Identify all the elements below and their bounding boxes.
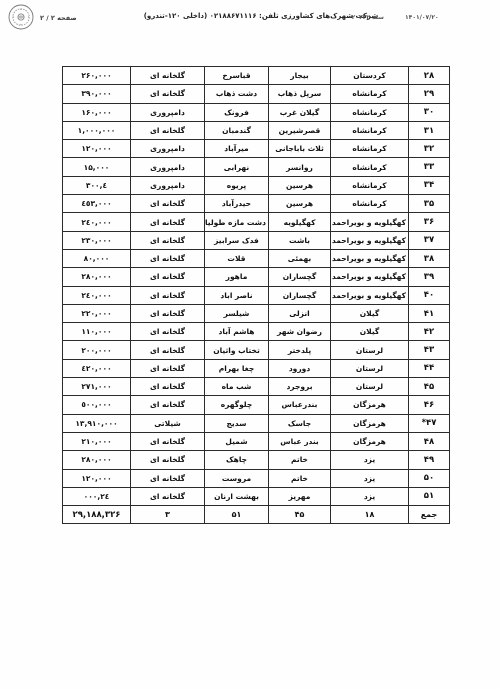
table-row: ۴۰کهگیلویه و بویراحمدگچسارانناصر ابادگلخ… xyxy=(63,286,450,304)
cell-province: کهگیلویه و بویراحمد xyxy=(331,249,409,267)
cell-amount: ٤۲۰,۰۰۰ xyxy=(63,359,131,377)
cell-site: قباسرخ xyxy=(205,67,269,85)
cell-no: ۴۷* xyxy=(409,414,450,432)
cell-type: گلخانه ای xyxy=(131,323,205,341)
cell-amount: ۱,۰۰۰,۰۰۰ xyxy=(63,121,131,139)
cell-city: هرسین xyxy=(269,176,331,194)
cell-province: کهگیلویه و بویراحمد xyxy=(331,231,409,249)
cell-city: خاتم xyxy=(269,451,331,469)
cell-city: بروجرد xyxy=(269,378,331,396)
cell-no: ۳۸ xyxy=(409,249,450,267)
cell-province: یزد xyxy=(331,487,409,505)
cell-type: گلخانه ای xyxy=(131,359,205,377)
cell-amount: ۱۲۰,۰۰۰ xyxy=(63,140,131,158)
cell-amount: ٤,۳۰۰ xyxy=(63,176,131,194)
cell-province: کهگیلویه و بویراحمد xyxy=(331,268,409,286)
cell-no: ۳۱ xyxy=(409,121,450,139)
cell-type: دامپروری xyxy=(131,158,205,176)
cell-city: هرسین xyxy=(269,195,331,213)
cell-type: گلخانه ای xyxy=(131,249,205,267)
table-row: ۴۳لرستانپلدخترتختاب واثیانگلخانه ای۲۰۰,۰… xyxy=(63,341,450,359)
cell-type: گلخانه ای xyxy=(131,268,205,286)
cell-city: خاتم xyxy=(269,469,331,487)
cell-amount: ۲۸۰,۰۰۰ xyxy=(63,268,131,286)
table-row: ۳۳کرمانشاهروانسرنهرابیدامپروری۱۵,۰۰۰ xyxy=(63,158,450,176)
cell-site: هاشم آباد xyxy=(205,323,269,341)
cell-amount: ۲٤۰,۰۰۰ xyxy=(63,213,131,231)
cell-no: ۳۴ xyxy=(409,176,450,194)
table-row: ۴۷*هرمزگانجاسکسدیجشیلاتی۱۳,۹۱۰,۰۰۰ xyxy=(63,414,450,432)
cell-site: حیدرآباد xyxy=(205,195,269,213)
cell-amount: ۸۰,۰۰۰ xyxy=(63,249,131,267)
cell-no: ۴۸ xyxy=(409,432,450,450)
cell-type: گلخانه ای xyxy=(131,85,205,103)
cell-amount: ۲٤,۰۰۰ xyxy=(63,487,131,505)
cell-city: ثلاث باباجانی xyxy=(269,140,331,158)
table-row: ۳۵کرمانشاههرسینحیدرآبادگلخانه ای٤٥۳,۰۰۰ xyxy=(63,195,450,213)
cell-province: کرمانشاه xyxy=(331,85,409,103)
table-row: ۴۴لرستاندورودچغا بهرامگلخانه ای٤۲۰,۰۰۰ xyxy=(63,359,450,377)
cell-province: گیلان xyxy=(331,323,409,341)
cell-site: بهشت ارنان xyxy=(205,487,269,505)
table-row: ۴۶هرمزگانبندرعباسچلوگهرهگلخانه ای٥۰۰,۰۰۰ xyxy=(63,396,450,414)
cell-type: گلخانه ای xyxy=(131,286,205,304)
cell-type: گلخانه ای xyxy=(131,469,205,487)
cell-amount: ۲۰۰,۰۰۰ xyxy=(63,341,131,359)
cell-city: گیلان غرب xyxy=(269,103,331,121)
cell-type: گلخانه ای xyxy=(131,195,205,213)
table-row: ۴۵لرستانبروجردشب ماهگلخانه ای۲۷۱,۰۰۰ xyxy=(63,378,450,396)
cell-site: تختاب واثیان xyxy=(205,341,269,359)
cell-site: شیلسر xyxy=(205,304,269,322)
table-row: ۳۲کرمانشاهثلاث باباجانیمیرآباددامپروری۱۲… xyxy=(63,140,450,158)
cell-city: گچساران xyxy=(269,268,331,286)
table-row: ۲۹کرمانشاهسرپل ذهابدشت ذهابگلخانه ای۳۹۰,… xyxy=(63,85,450,103)
cell-province: کرمانشاه xyxy=(331,158,409,176)
cell-province: لرستان xyxy=(331,359,409,377)
cell-province: لرستان xyxy=(331,341,409,359)
total-cell-no: جمع xyxy=(409,506,450,524)
cell-amount: ۲۲۰,۰۰۰ xyxy=(63,304,131,322)
total-cell-site: ۵۱ xyxy=(205,506,269,524)
cell-type: گلخانه ای xyxy=(131,341,205,359)
document-date: ۱۴۰۱/۰۷/۲۰ xyxy=(405,14,439,21)
table-row: ۴۸هرمزگانبندر عباسشمیلگلخانه ای۲۱۰,۰۰۰ xyxy=(63,432,450,450)
cell-site: دشت ذهاب xyxy=(205,85,269,103)
cell-amount: ۱۱۰,۰۰۰ xyxy=(63,323,131,341)
cell-no: ۳۲ xyxy=(409,140,450,158)
cell-site: مروست xyxy=(205,469,269,487)
cell-province: گیلان xyxy=(331,304,409,322)
allocation-table: ۲۸کردستانبیجارقباسرخگلخانه ای۲۶۰,۰۰۰۲۹کر… xyxy=(62,66,450,524)
cell-no: ۴۶ xyxy=(409,396,450,414)
table-row: ۳۰کرمانشاهگیلان غربفرونکدامپروری۱۶۰,۰۰۰ xyxy=(63,103,450,121)
cell-city: بیجار xyxy=(269,67,331,85)
cell-amount: ۲٤۰,۰۰۰ xyxy=(63,286,131,304)
cell-type: گلخانه ای xyxy=(131,451,205,469)
cell-type: گلخانه ای xyxy=(131,396,205,414)
cell-site: شمیل xyxy=(205,432,269,450)
cell-site: چغا بهرام xyxy=(205,359,269,377)
total-cell-province: ۱۸ xyxy=(331,506,409,524)
table-row: ۲۸کردستانبیجارقباسرخگلخانه ای۲۶۰,۰۰۰ xyxy=(63,67,450,85)
cell-type: گلخانه ای xyxy=(131,67,205,85)
table-row: ۵۱یزدمهریزبهشت ارنانگلخانه ای۲٤,۰۰۰ xyxy=(63,487,450,505)
cell-site: نهرابی xyxy=(205,158,269,176)
cell-city: باشت xyxy=(269,231,331,249)
cell-city: مهریز xyxy=(269,487,331,505)
cell-province: یزد xyxy=(331,469,409,487)
document-number: سند ۰۲۰۲۳۲ xyxy=(348,14,384,21)
cell-city: روانسر xyxy=(269,158,331,176)
table-body: ۲۸کردستانبیجارقباسرخگلخانه ای۲۶۰,۰۰۰۲۹کر… xyxy=(63,67,450,524)
table-row: ۳۴کرمانشاههرسینپریوهدامپروری٤,۳۰۰ xyxy=(63,176,450,194)
cell-site: شب ماه xyxy=(205,378,269,396)
cell-amount: ٤٥۳,۰۰۰ xyxy=(63,195,131,213)
cell-site: پریوه xyxy=(205,176,269,194)
table-row: ۳۹کهگیلویه و بویراحمدگچسارانماهورگلخانه … xyxy=(63,268,450,286)
cell-city: قصرشیرین xyxy=(269,121,331,139)
cell-site: دشت مازه طولیان xyxy=(205,213,269,231)
cell-type: گلخانه ای xyxy=(131,432,205,450)
cell-site: قلات xyxy=(205,249,269,267)
cell-city: جاسک xyxy=(269,414,331,432)
cell-no: ۳۵ xyxy=(409,195,450,213)
cell-site: چاهک xyxy=(205,451,269,469)
cell-province: هرمزگان xyxy=(331,414,409,432)
cell-amount: ٥۰۰,۰۰۰ xyxy=(63,396,131,414)
cell-site: ناصر اباد xyxy=(205,286,269,304)
cell-type: گلخانه ای xyxy=(131,213,205,231)
cell-no: ۴۰ xyxy=(409,286,450,304)
cell-site: میرآباد xyxy=(205,140,269,158)
cell-no: ۵۰ xyxy=(409,469,450,487)
cell-no: ۲۸ xyxy=(409,67,450,85)
cell-city: رضوان شهر xyxy=(269,323,331,341)
cell-type: گلخانه ای xyxy=(131,487,205,505)
cell-province: کهگیلویه و بویراحمد xyxy=(331,213,409,231)
cell-type: دامپروری xyxy=(131,103,205,121)
cell-no: ۳۹ xyxy=(409,268,450,286)
table-row: ۴۲گیلانرضوان شهرهاشم آبادگلخانه ای۱۱۰,۰۰… xyxy=(63,323,450,341)
cell-city: سرپل ذهاب xyxy=(269,85,331,103)
cell-province: کرمانشاه xyxy=(331,121,409,139)
cell-no: ۳۰ xyxy=(409,103,450,121)
cell-type: گلخانه ای xyxy=(131,121,205,139)
cell-amount: ۱۳,۹۱۰,۰۰۰ xyxy=(63,414,131,432)
cell-site: فرونک xyxy=(205,103,269,121)
cell-amount: ۳۹۰,۰۰۰ xyxy=(63,85,131,103)
cell-province: کرمانشاه xyxy=(331,140,409,158)
table-row: ۴۱گیلانانزلیشیلسرگلخانه ای۲۲۰,۰۰۰ xyxy=(63,304,450,322)
document-page: صفحه ۲ / ۲ شرکت شهرک‌های کشاورزی تلفن: ۰… xyxy=(0,0,500,690)
total-cell-type: ۳ xyxy=(131,506,205,524)
cell-no: ۴۹ xyxy=(409,451,450,469)
table-row: ۳۷کهگیلویه و بویراحمدباشتفدک سرابیزگلخان… xyxy=(63,231,450,249)
table-row: ۵۰یزدخاتممروستگلخانه ای۱۲۰,۰۰۰ xyxy=(63,469,450,487)
cell-type: شیلاتی xyxy=(131,414,205,432)
table-row: ۳۸کهگیلویه و بویراحمدبهمئیقلاتگلخانه ای۸… xyxy=(63,249,450,267)
table-row: ۳۱کرمانشاهقصرشیرینگندمبانگلخانه ای۱,۰۰۰,… xyxy=(63,121,450,139)
cell-site: فدک سرابیز xyxy=(205,231,269,249)
cell-amount: ۲۶۰,۰۰۰ xyxy=(63,67,131,85)
page-number-label: صفحه ۲ / ۲ xyxy=(40,14,77,22)
cell-no: ۳۳ xyxy=(409,158,450,176)
cell-no: ۵۱ xyxy=(409,487,450,505)
cell-province: لرستان xyxy=(331,378,409,396)
cell-amount: ۱۵,۰۰۰ xyxy=(63,158,131,176)
cell-city: بهمئی xyxy=(269,249,331,267)
cell-site: چلوگهره xyxy=(205,396,269,414)
cell-type: گلخانه ای xyxy=(131,378,205,396)
total-cell-amount: ۲۹,۱۸۸,۳۲۶ xyxy=(63,506,131,524)
cell-no: ۴۴ xyxy=(409,359,450,377)
ministry-seal-logo xyxy=(8,4,34,30)
cell-amount: ۱۲۰,۰۰۰ xyxy=(63,469,131,487)
cell-city: بندر عباس xyxy=(269,432,331,450)
cell-no: ۴۲ xyxy=(409,323,450,341)
cell-no: ۳۶ xyxy=(409,213,450,231)
cell-province: هرمزگان xyxy=(331,396,409,414)
total-row: جمع۱۸۴۵۵۱۳۲۹,۱۸۸,۳۲۶ xyxy=(63,506,450,524)
cell-city: کهگیلویه xyxy=(269,213,331,231)
cell-city: دورود xyxy=(269,359,331,377)
cell-no: ۴۵ xyxy=(409,378,450,396)
cell-site: ماهور xyxy=(205,268,269,286)
cell-city: پلدختر xyxy=(269,341,331,359)
cell-city: گچساران xyxy=(269,286,331,304)
cell-amount: ۲۳۰,۰۰۰ xyxy=(63,231,131,249)
cell-no: ۴۱ xyxy=(409,304,450,322)
cell-type: دامپروری xyxy=(131,140,205,158)
cell-no: ۲۹ xyxy=(409,85,450,103)
cell-type: دامپروری xyxy=(131,176,205,194)
cell-city: بندرعباس xyxy=(269,396,331,414)
cell-no: ۴۳ xyxy=(409,341,450,359)
cell-type: گلخانه ای xyxy=(131,304,205,322)
cell-province: کهگیلویه و بویراحمد xyxy=(331,286,409,304)
table-row: ۳۶کهگیلویه و بویراحمدکهگیلویهدشت مازه طو… xyxy=(63,213,450,231)
cell-city: انزلی xyxy=(269,304,331,322)
cell-type: گلخانه ای xyxy=(131,231,205,249)
cell-province: کردستان xyxy=(331,67,409,85)
cell-amount: ۱۶۰,۰۰۰ xyxy=(63,103,131,121)
cell-province: کرمانشاه xyxy=(331,176,409,194)
cell-amount: ۲۱۰,۰۰۰ xyxy=(63,432,131,450)
cell-province: هرمزگان xyxy=(331,432,409,450)
cell-site: گندمبان xyxy=(205,121,269,139)
total-cell-city: ۴۵ xyxy=(269,506,331,524)
cell-province: کرمانشاه xyxy=(331,103,409,121)
cell-no: ۳۷ xyxy=(409,231,450,249)
cell-amount: ۲۷۱,۰۰۰ xyxy=(63,378,131,396)
cell-province: یزد xyxy=(331,451,409,469)
table-row: ۴۹یزدخاتمچاهکگلخانه ای۲۸۰,۰۰۰ xyxy=(63,451,450,469)
cell-amount: ۲۸۰,۰۰۰ xyxy=(63,451,131,469)
cell-site: سدیج xyxy=(205,414,269,432)
cell-province: کرمانشاه xyxy=(331,195,409,213)
